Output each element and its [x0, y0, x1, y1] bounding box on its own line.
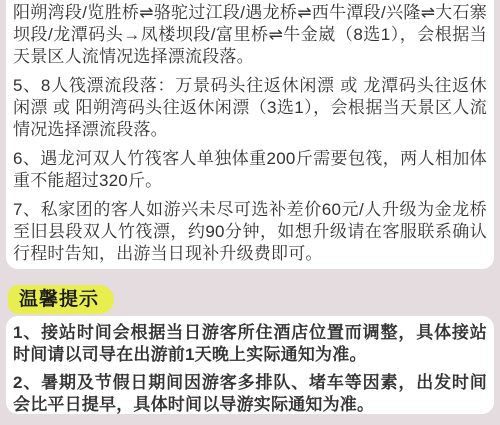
- notes-card: 阳朔湾段/览胜桥⇌骆驼过江段/遇龙桥⇌西牛潭段/兴隆⇌大石寨坝段/龙潭码头→凤楼…: [6, 0, 494, 269]
- tip-item-2: 2、暑期及节假日期间因游客多排队、堵车等因素，出发时间会比平日提早，具体时间以导…: [13, 372, 487, 414]
- tip-item-1: 1、接站时间会根据当日游客所住酒店位置而调整，具体接站时间请以司导在出游前1天晚…: [13, 322, 487, 366]
- tips-card: 1、接站时间会根据当日游客所住酒店位置而调整，具体接站时间请以司导在出游前1天晚…: [6, 316, 494, 414]
- note-item-6: 6、遇龙河双人竹筏客人单独体重200斤需要包筏，两人相加体重不能超过320斤。: [13, 148, 487, 192]
- note-intro-continuation: 阳朔湾段/览胜桥⇌骆驼过江段/遇龙桥⇌西牛潭段/兴隆⇌大石寨坝段/龙潭码头→凤楼…: [13, 2, 487, 68]
- note-item-5: 5、8人筏漂流段落：万景码头往返休闲漂 或 龙潭码头往返休闲漂 或 阳朔湾码头往…: [13, 75, 487, 141]
- note-item-7: 7、私家团的客人如游兴未尽可选补差价60元/人升级为金龙桥至旧县段双人竹筏漂，约…: [13, 199, 487, 265]
- tips-badge: 温馨提示: [8, 285, 114, 314]
